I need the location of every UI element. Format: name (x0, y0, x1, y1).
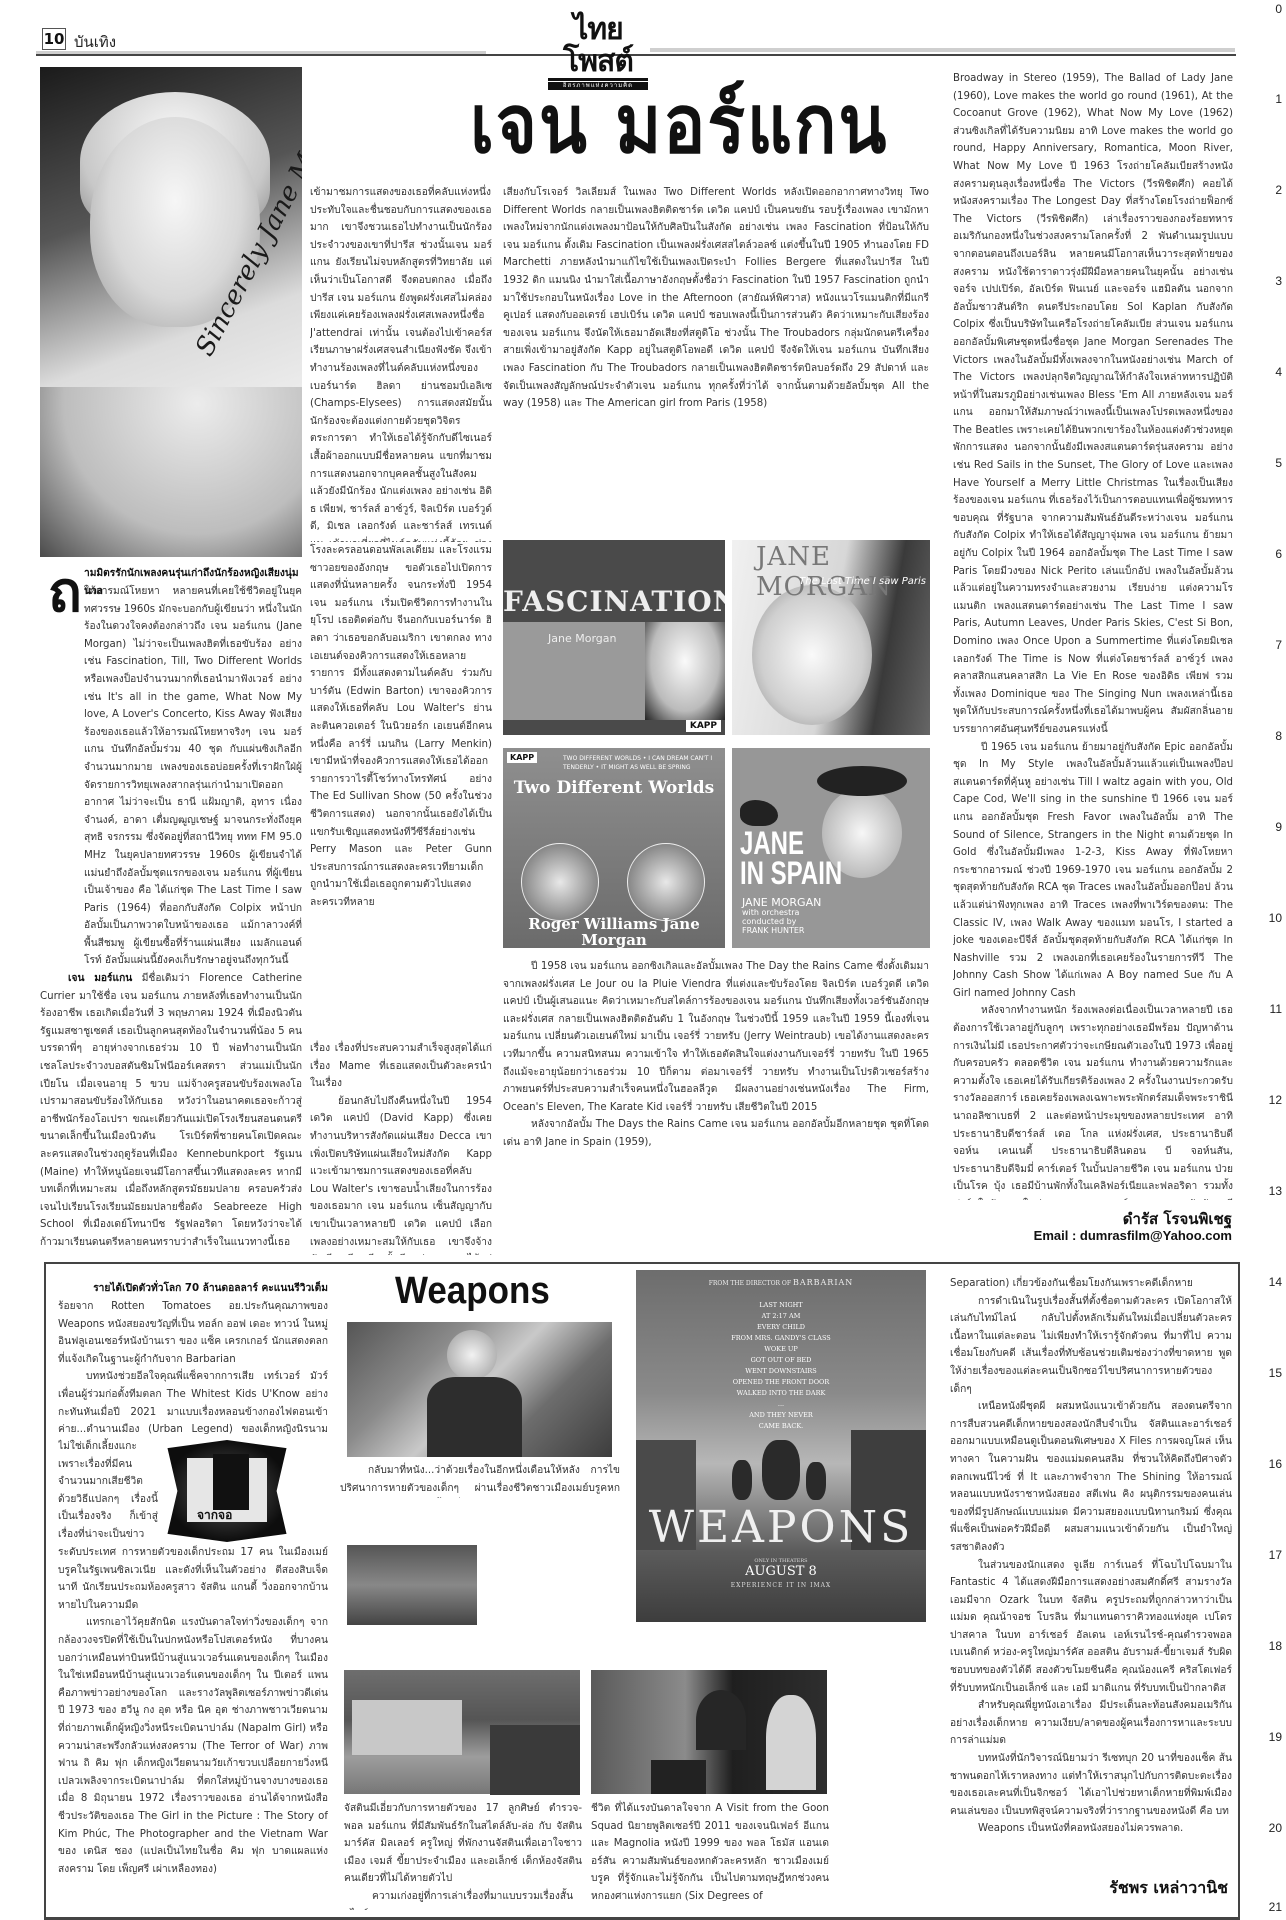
paragraph: ร้อยจาก Rotten Tomatoes อย.ประกันคุณภาพข… (58, 1298, 328, 1368)
album-title: JANEIN SPAIN (740, 828, 842, 888)
paragraph: จัสตินมีเอี่ยวกับการหายตัวของ 17 ลูกศิษย… (344, 1800, 582, 1888)
paragraph: ให้อารมณ์โหยหา หลายคนที่เคยใช้ชีวิตอยู่ใ… (40, 583, 302, 970)
author-email: Email : dumrasfilm@Yahoo.com (1034, 1228, 1232, 1243)
poster-release-date: AUGUST 8 (636, 1564, 926, 1579)
paragraph: ความเก่งอยู่ที่การเล่าเรื่องที่มาแบบรวมเ… (344, 1888, 582, 1910)
page-ruler: 0 1 2 3 4 5 6 7 8 9 10 11 12 13 14 15 16… (1260, 0, 1286, 1920)
album-cover-fascination: FASCINATION Jane Morgan KAPP (503, 540, 725, 735)
paragraph: Broadway in Stereo (1959), The Ballad of… (953, 70, 1233, 739)
article-column-3-top: เสียงกับโรเจอร์ วิลเลียมส์ ในเพลง Two Di… (503, 184, 929, 534)
lead-heading: รายได้เปิดตัวทั่วโลก 70 ล้านดอลลาร์ คะแน… (58, 1280, 328, 1298)
ruler-mark: 4 (1275, 365, 1282, 379)
article-column-4: Broadway in Stereo (1959), The Ballad of… (953, 70, 1233, 1200)
jane-morgan-portrait-photo: Sincerely Jane Morgan (40, 67, 302, 557)
page-number: 10 (42, 28, 66, 50)
paragraph: หลังจากอัลบั้ม The Days the Rains Came เ… (503, 1116, 929, 1151)
ruler-mark: 9 (1275, 820, 1282, 834)
ruler-mark: 2 (1275, 183, 1282, 197)
column-logo-label: จากจอ (197, 1506, 232, 1525)
header-rule (650, 48, 1235, 52)
article-column-3-bottom: ปี 1958 เจน มอร์แกน ออกซิงเกิลและอัลบั้ม… (503, 958, 929, 1256)
film-still-podium (591, 1670, 827, 1794)
ruler-mark: 18 (1269, 1639, 1282, 1653)
kapp-label-logo: KAPP (686, 720, 721, 732)
ruler-mark: 15 (1269, 1366, 1282, 1380)
album-subtitle: The Last Time I saw Paris (799, 576, 926, 587)
review-column-1-top: ร้อยจาก Rotten Tomatoes อย.ประกันคุณภาพข… (58, 1298, 328, 1438)
review-column-2-bottom: จัสตินมีเอี่ยวกับการหายตัวของ 17 ลูกศิษย… (344, 1800, 582, 1910)
paragraph: เรื่อง เรื่องที่ประสบความสำเร็จสูงสุดได้… (310, 1040, 492, 1093)
review-author-byline: รัชพร เหล่าวานิช (1109, 1876, 1228, 1901)
paragraph: เจน มอร์แกน มีชื่อเดิมว่า Florence Cathe… (40, 970, 302, 1253)
album-cover-last-time-paris: JANE MORGAN The Last Time I saw Paris (732, 540, 930, 735)
paragraph: การดำเนินในรูปเรื่องสั้นที่ตั้งชื่อตามตั… (950, 1293, 1232, 1399)
album-artist: Jane Morgan (548, 632, 616, 645)
jaak-jor-column-logo: จากจอ (165, 1440, 289, 1542)
globe-portrait (521, 843, 599, 921)
paragraph: Separation) เกี่ยวข้องกันเชื่อมโยงกันเพร… (950, 1275, 1232, 1293)
review-column-4: Separation) เกี่ยวข้องกันเชื่อมโยงกันเพร… (950, 1275, 1232, 1867)
ruler-mark: 20 (1269, 1821, 1282, 1835)
poster-title: WEAPONS (636, 1502, 926, 1553)
review-column-1-bottom: ระดับประเทศ การหายตัวของเด็กประถม 17 คน … (58, 1544, 328, 1914)
kapp-label-logo: KAPP (507, 752, 537, 763)
bull-silhouette-icon (740, 800, 778, 826)
paragraph: กลับมาที่หนัง...ว่าด้วยเรื่องในอีกหนึ่งเ… (340, 1462, 620, 1498)
album-title: Two Different Worlds (503, 780, 725, 796)
ruler-mark: 10 (1269, 911, 1282, 925)
ruler-mark: 11 (1270, 1002, 1282, 1016)
paragraph: เสียงกับโรเจอร์ วิลเลียมส์ ในเพลง Two Di… (503, 184, 929, 413)
ruler-mark: 6 (1275, 547, 1282, 561)
ruler-mark: 5 (1275, 456, 1282, 470)
ruler-mark: 17 (1269, 1548, 1282, 1562)
ruler-mark: 12 (1269, 1093, 1282, 1107)
article-column-2-narrow: โรงละครลอนดอนพัลเลเดียม และโรงแรมซาวอยขอ… (310, 542, 492, 1040)
paragraph: ชีวิต ที่ได้แรงบันดาลใจจาก A Visit from … (591, 1800, 829, 1906)
paragraph: ไม่ใช่เด็กเลี้ยงแกะ เพราะเรื่องที่มีคนจำ… (58, 1438, 158, 1544)
album-credits: JANE MORGAN with orchestra conducted by … (742, 898, 821, 935)
review-column-3-bottom: ชีวิต ที่ได้แรงบันดาลใจจาก A Visit from … (591, 1800, 829, 1910)
paragraph: ในส่วนของนักแสดง จูเลีย การ์เนอร์ ที่โฉบ… (950, 1557, 1232, 1698)
paragraph: โรงละครลอนดอนพัลเลเดียม และโรงแรมซาวอยขอ… (310, 542, 492, 911)
film-frame-icon (213, 1454, 249, 1510)
ruler-mark: 1 (1275, 92, 1282, 106)
paragraph: ระดับประเทศ การหายตัวของเด็กประถม 17 คน … (58, 1544, 328, 1614)
paragraph: Weapons เป็นหนังที่คอหนังสยองไม่ควรพลาด. (950, 1820, 1232, 1838)
paragraph: บทหนังช่วยอีลใจคุณพี่แซ็คจากการเสีย เทร์… (58, 1368, 328, 1438)
paragraph: ปี 1958 เจน มอร์แกน ออกซิงเกิลและอัลบั้ม… (503, 958, 929, 1116)
album-cover-jane-in-spain: JANEIN SPAIN JANE MORGAN with orchestra … (732, 748, 930, 948)
ruler-mark: 3 (1275, 274, 1282, 288)
album-cover-two-different-worlds: KAPP TWO DIFFERENT WORLDS • I CAN DREAM … (503, 748, 725, 948)
review-column-1-narrow: ไม่ใช่เด็กเลี้ยงแกะ เพราะเรื่องที่มีคนจำ… (58, 1438, 158, 1544)
film-still-classroom (347, 1545, 477, 1625)
paragraph: เหนือหนังผีชุดผี ผสมหนังแนวเข้าด้วยกัน ส… (950, 1398, 1232, 1556)
ruler-mark: 16 (1269, 1457, 1282, 1471)
weapons-movie-poster: FROM THE DIRECTOR OF BARBARIAN LAST NIGH… (636, 1270, 926, 1622)
paragraph: ย้อนกลับไปถึงคืนหนึ่งในปี 1954 เดวิด แคป… (310, 1093, 492, 1255)
paragraph: ปี 1965 เจน มอร์แกน ย้ายมาอยู่กับสังกัด … (953, 739, 1233, 1003)
article-title: เจน มอร์แกน (470, 60, 888, 188)
ruler-mark: 8 (1275, 729, 1282, 743)
paragraph: สำหรับคุณพี่ยูทนังเอาเรื่อง มีประเด็นละท… (950, 1697, 1232, 1750)
paragraph: หลังจากทำงานหนัก ร้องเพลงต่อเนื่องเป็นเว… (953, 1002, 1233, 1200)
ruler-mark: 19 (1269, 1730, 1282, 1744)
film-still-classroom-students (344, 1670, 580, 1794)
film-still-julia-garner (347, 1322, 612, 1457)
album-title: FASCINATION (503, 585, 725, 618)
album-title: JANE MORGAN (756, 542, 930, 602)
poster-tagline: LAST NIGHT AT 2:17 AM EVERY CHILD FROM M… (636, 1300, 926, 1432)
album-artists: Roger Williams Jane Morgan (503, 916, 725, 948)
ruler-mark: 0 (1275, 2, 1282, 16)
bold-name: เจน มอร์แกน (68, 973, 132, 984)
paragraph: บทหนังที่นักวิจารณ์นิยามว่า รีเซทบุก 20 … (950, 1750, 1232, 1820)
article-column-2-top: เข้ามาชมการแสดงของเธอที่คลับแห่งหนึ่ง ปร… (310, 184, 492, 542)
review-title: Weapons (395, 1270, 550, 1313)
ruler-mark: 21 (1269, 1900, 1282, 1914)
paragraph: เข้ามาชมการแสดงของเธอที่คลับแห่งหนึ่ง ปร… (310, 184, 492, 542)
ruler-mark: 13 (1269, 1184, 1282, 1198)
article-column-1: ให้อารมณ์โหยหา หลายคนที่เคยใช้ชีวิตอยู่ใ… (40, 583, 302, 1253)
ruler-mark: 7 (1275, 638, 1282, 652)
article-column-2-bottom: เรื่อง เรื่องที่ประสบความสำเร็จสูงสุดได้… (310, 1040, 492, 1255)
ruler-mark: 14 (1269, 1275, 1282, 1289)
globe-portrait (627, 843, 705, 921)
poster-from-director: FROM THE DIRECTOR OF BARBARIAN (636, 1278, 926, 1287)
paragraph: แทรกเอาไว้คุยสักนิด แรงบันดาลใจท่าวิ่งขอ… (58, 1614, 328, 1878)
review-column-2-top: กลับมาที่หนัง...ว่าด้วยเรื่องในอีกหนึ่งเ… (340, 1462, 620, 1498)
track-list: TWO DIFFERENT WORLDS • I CAN DREAM CAN'T… (563, 754, 725, 772)
